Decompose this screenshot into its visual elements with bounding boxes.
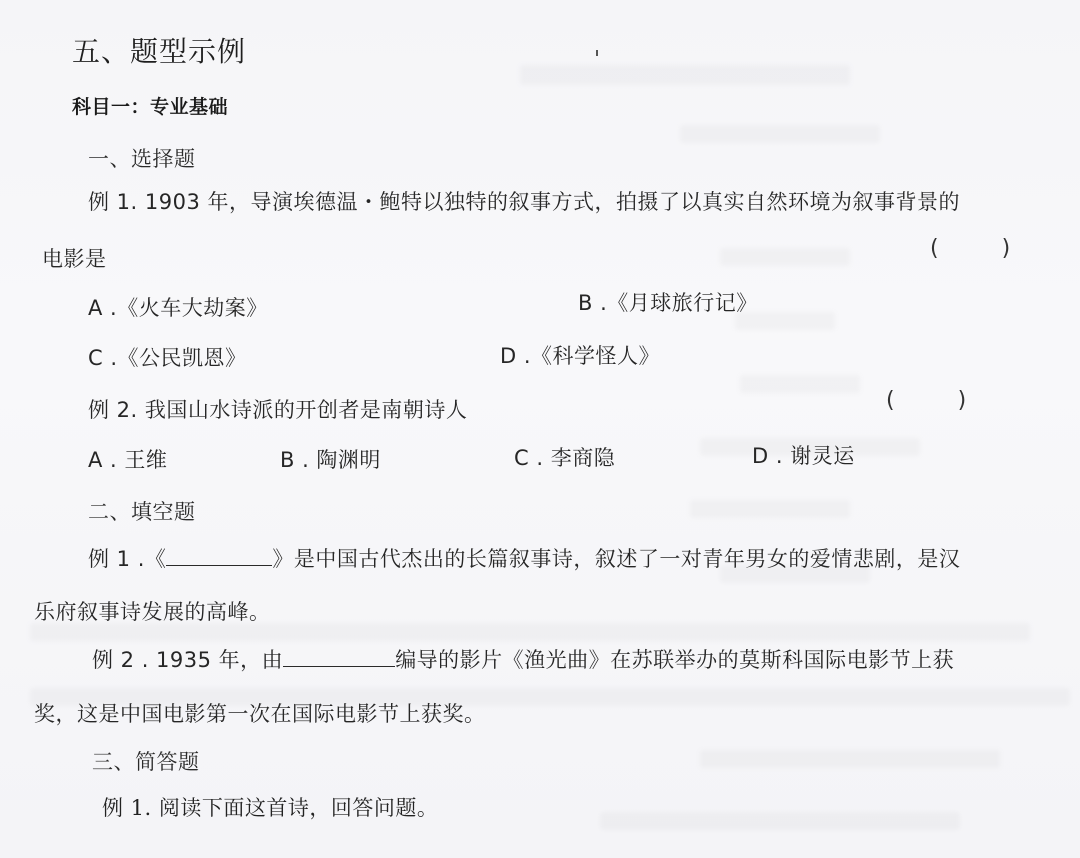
document-page: 五、题型示例 科目一：专业基础 一、选择题 例 1. 1903 年，导演埃德温・…	[0, 0, 1080, 858]
bleed-through-mark	[740, 375, 860, 393]
bleed-through-mark	[690, 500, 850, 518]
page-title: 五、题型示例	[72, 30, 246, 70]
question-suffix: 编导的影片《渔光曲》在苏联举办的莫斯科国际电影节上获	[395, 648, 954, 672]
question-text-continued: 乐府叙事诗发展的高峰。	[34, 596, 271, 626]
answer-parentheses: ( )	[930, 236, 1038, 261]
option-c: C .《公民凯恩》	[88, 342, 247, 372]
option-b: B . 陶渊明	[280, 444, 381, 474]
question-text-continued: 奖，这是中国电影第一次在国际电影节上获奖。	[34, 698, 486, 728]
section-heading-multiple-choice: 一、选择题	[88, 143, 196, 173]
fill-question-1: 例 1 .《》是中国古代杰出的长篇叙事诗，叙述了一对青年男女的爱情悲剧，是汉	[88, 543, 960, 573]
section-heading-fill-in-blank: 二、填空题	[88, 496, 196, 526]
bleed-through-mark	[700, 750, 1000, 768]
bleed-through-mark	[720, 248, 850, 266]
question-suffix: 》是中国古代杰出的长篇叙事诗，叙述了一对青年男女的爱情悲剧，是汉	[272, 547, 960, 571]
bleed-through-mark	[520, 65, 850, 85]
bleed-through-mark	[600, 812, 960, 830]
question-text: 例 2. 我国山水诗派的开创者是南朝诗人	[88, 394, 467, 424]
option-d: D . 谢灵运	[752, 440, 855, 470]
question-text-continued: 电影是	[42, 243, 107, 273]
answer-parentheses: ( )	[886, 388, 994, 413]
option-a: A . 王维	[88, 444, 167, 474]
question-prefix: 例 1 .《	[88, 547, 166, 571]
option-d: D .《科学怪人》	[500, 340, 660, 370]
fill-question-2: 例 2 . 1935 年，由编导的影片《渔光曲》在苏联举办的莫斯科国际电影节上获	[92, 644, 954, 674]
answer-blank	[166, 547, 272, 566]
question-text: 例 1. 1903 年，导演埃德温・鲍特以独特的叙事方式，拍摄了以真实自然环境为…	[88, 186, 960, 216]
bleed-through-mark	[680, 125, 880, 143]
option-b: B .《月球旅行记》	[578, 287, 758, 317]
section-heading-short-answer: 三、简答题	[92, 746, 200, 776]
option-a: A .《火车大劫案》	[88, 292, 268, 322]
subject-heading: 科目一：专业基础	[72, 92, 228, 119]
question-text: 例 1. 阅读下面这首诗，回答问题。	[102, 792, 438, 822]
answer-blank	[283, 648, 395, 667]
option-c: C . 李商隐	[514, 442, 615, 472]
ink-speck	[596, 50, 598, 56]
question-prefix: 例 2 . 1935 年，由	[92, 648, 283, 672]
